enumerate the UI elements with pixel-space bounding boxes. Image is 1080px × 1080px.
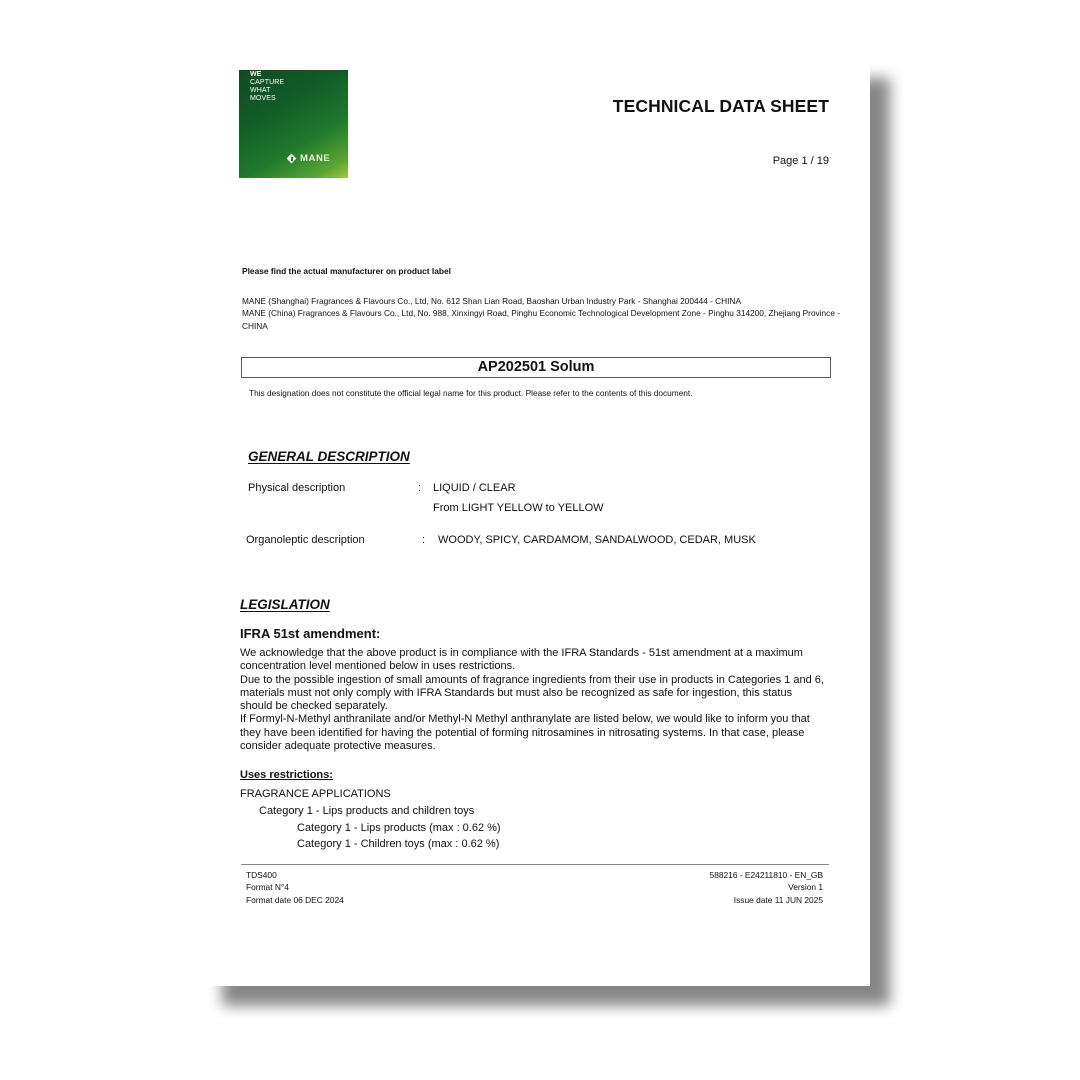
footer-left: TDS400 Format N°4 Format date 06 DEC 202… xyxy=(246,869,344,906)
category-line: Category 1 - Lips products and children … xyxy=(259,805,474,817)
application-group: FRAGRANCE APPLICATIONS xyxy=(240,788,391,800)
manufacturer-note: Please find the actual manufacturer on p… xyxy=(242,266,451,276)
logo-tagline: WE CAPTURE WHAT MOVES xyxy=(250,71,284,103)
tagline-line: MOVES xyxy=(250,95,284,103)
tagline-line: WHAT xyxy=(250,87,284,95)
footer-right: 588216 - E24211810 - EN_GB Version 1 Iss… xyxy=(710,869,823,906)
mane-emblem-icon xyxy=(287,154,297,164)
subcategory-line: Category 1 - Lips products (max : 0.62 %… xyxy=(297,822,501,834)
brand-name: MANE xyxy=(300,153,330,164)
document-title: TECHNICAL DATA SHEET xyxy=(613,96,829,117)
tagline-line: CAPTURE xyxy=(250,79,284,87)
physical-description-colon: : xyxy=(418,482,421,494)
physical-description-value: From LIGHT YELLOW to YELLOW xyxy=(433,502,604,514)
document-page: WE CAPTURE WHAT MOVES MANE TECHNICAL DAT… xyxy=(205,60,870,986)
ifra-amendment-heading: IFRA 51st amendment: xyxy=(240,626,380,641)
footer-issue-date: Issue date 11 JUN 2025 xyxy=(710,894,823,906)
product-name: AP202501 Solum xyxy=(478,359,595,375)
organoleptic-description-label: Organoleptic description xyxy=(246,534,365,546)
general-description-heading: GENERAL DESCRIPTION xyxy=(248,449,410,464)
legislation-heading: LEGISLATION xyxy=(240,597,330,612)
logo-brand: MANE xyxy=(287,153,330,164)
uses-restrictions-heading: Uses restrictions: xyxy=(240,769,333,781)
tagline-line: WE xyxy=(250,71,284,79)
ifra-paragraph: We acknowledge that the above product is… xyxy=(240,647,825,674)
page-indicator: Page 1 / 19 xyxy=(773,155,829,167)
organoleptic-description-colon: : xyxy=(422,534,425,546)
footer-format-date: Format date 06 DEC 2024 xyxy=(246,894,344,906)
footer-format-code: TDS400 xyxy=(246,869,344,881)
designation-note: This designation does not constitute the… xyxy=(249,388,693,398)
organoleptic-description-value: WOODY, SPICY, CARDAMOM, SANDALWOOD, CEDA… xyxy=(438,534,756,546)
product-name-box: AP202501 Solum xyxy=(241,357,831,378)
footer-version: Version 1 xyxy=(710,881,823,893)
footer-divider xyxy=(241,864,829,865)
physical-description-label: Physical description xyxy=(248,482,345,494)
manufacturer-address: MANE (Shanghai) Fragrances & Flavours Co… xyxy=(242,295,842,307)
ifra-paragraph: Due to the possible ingestion of small a… xyxy=(240,674,825,714)
physical-description-value: LIQUID / CLEAR xyxy=(433,482,516,494)
manufacturer-addresses: MANE (Shanghai) Fragrances & Flavours Co… xyxy=(242,295,842,332)
ifra-statement: We acknowledge that the above product is… xyxy=(240,647,825,753)
footer-format-number: Format N°4 xyxy=(246,881,344,893)
footer-document-ref: 588216 - E24211810 - EN_GB xyxy=(710,869,823,881)
ifra-paragraph: If Formyl-N-Methyl anthranilate and/or M… xyxy=(240,713,825,753)
mane-logo: WE CAPTURE WHAT MOVES MANE xyxy=(239,70,348,178)
manufacturer-address: MANE (China) Fragrances & Flavours Co., … xyxy=(242,307,842,332)
subcategory-line: Category 1 - Children toys (max : 0.62 %… xyxy=(297,838,499,850)
